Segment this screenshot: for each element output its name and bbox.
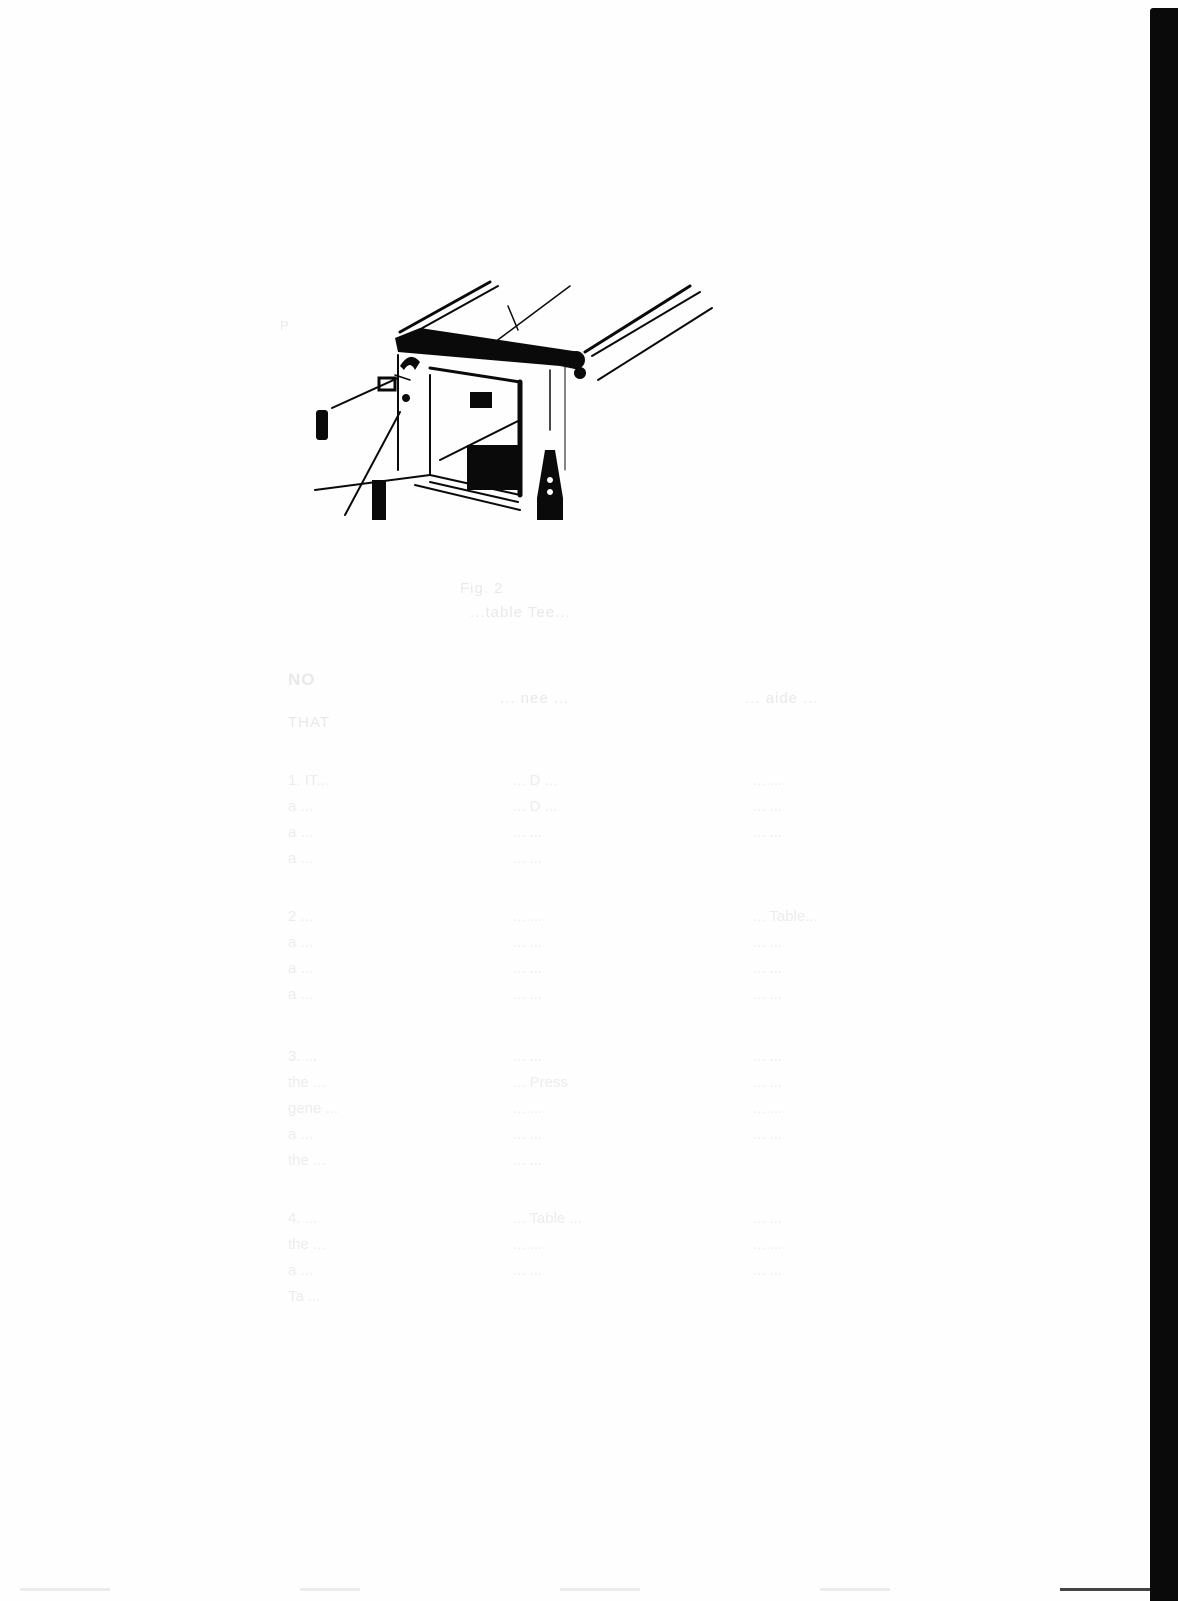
- figure-caption-number: Fig. 2: [460, 580, 504, 597]
- paragraph-2-col3: ... Table... ... ... ... ... ... ...: [753, 904, 818, 1008]
- text-line: ... ...: [753, 1070, 782, 1096]
- text-line: a ...: [288, 1122, 338, 1148]
- text-line: the ...: [288, 1070, 338, 1096]
- text-line: ... ...: [753, 820, 782, 846]
- text-line: ... D ...: [513, 794, 557, 820]
- text-line: ... ...: [513, 820, 557, 846]
- text-line: a ...: [288, 956, 313, 982]
- text-line: ... ...: [513, 1096, 568, 1122]
- paragraph-2-col1: 2 ... a ... a ... a ...: [288, 904, 313, 1008]
- note-heading: NO: [288, 670, 316, 690]
- paragraph-3-col1: 3. ... the ... gene ... a ... the ...: [288, 1044, 338, 1174]
- scan-binding-edge: [1150, 8, 1178, 1601]
- text-line: a ...: [288, 846, 329, 872]
- text-line: ... ...: [753, 1232, 782, 1258]
- note-col2: ... nee ...: [500, 690, 569, 707]
- text-line: ... ...: [513, 956, 542, 982]
- paragraph-4-col1: 4. ... the ... a ... Ta ...: [288, 1206, 326, 1310]
- paragraph-4-col2: ... Table ... ... ... ... ...: [513, 1206, 582, 1284]
- text-line: ... ...: [753, 930, 818, 956]
- text-line: Ta ...: [288, 1284, 326, 1310]
- figure-callout-label: P: [280, 318, 290, 333]
- text-line: ... ...: [513, 1122, 568, 1148]
- paragraph-1-col1: 1. IT... a ... a ... a ...: [288, 768, 329, 872]
- text-line: ... ...: [513, 846, 557, 872]
- text-line: 1. IT...: [288, 768, 329, 794]
- text-line: ... ...: [753, 956, 818, 982]
- paragraph-1-col3: ... ... ... ... ... ...: [753, 768, 782, 846]
- note-col1: THAT: [288, 714, 330, 731]
- text-line: a ...: [288, 982, 313, 1008]
- machine-table-illustration: [280, 270, 740, 520]
- text-line: a ...: [288, 794, 329, 820]
- text-line: 2 ...: [288, 904, 313, 930]
- text-line: ... ...: [513, 1044, 568, 1070]
- text-line: ... Table ...: [513, 1206, 582, 1232]
- text-line: a ...: [288, 930, 313, 956]
- text-line: ... ...: [753, 1096, 782, 1122]
- text-line: ... ...: [753, 982, 818, 1008]
- text-line: ... Press: [513, 1070, 568, 1096]
- paragraph-1-col2: ... D ... ... D ... ... ... ... ...: [513, 768, 557, 872]
- text-line: the ...: [288, 1232, 326, 1258]
- text-line: ... D ...: [513, 768, 557, 794]
- paragraph-3-col3: ... ... ... ... ... ... ... ...: [753, 1044, 782, 1148]
- text-line: 4. ...: [288, 1206, 326, 1232]
- text-line: ... ...: [513, 1148, 568, 1174]
- text-line: ... Table...: [753, 904, 818, 930]
- text-line: ... ...: [753, 1044, 782, 1070]
- scan-bottom-edge: [0, 1588, 1150, 1594]
- text-line: ... ...: [513, 930, 542, 956]
- text-line: the ...: [288, 1148, 338, 1174]
- text-line: ... ...: [513, 1232, 582, 1258]
- text-line: ... ...: [753, 1258, 782, 1284]
- paragraph-3-col2: ... ... ... Press ... ... ... ... ... ..…: [513, 1044, 568, 1174]
- text-line: ... ...: [513, 1258, 582, 1284]
- paragraph-2-col2: ... ... ... ... ... ... ... ...: [513, 904, 542, 1008]
- text-line: a ...: [288, 820, 329, 846]
- text-line: ... ...: [513, 982, 542, 1008]
- text-line: 3. ...: [288, 1044, 338, 1070]
- text-line: ... ...: [753, 768, 782, 794]
- text-line: ... ...: [753, 794, 782, 820]
- text-line: ... ...: [513, 904, 542, 930]
- paragraph-4-col3: ... ... ... ... ... ...: [753, 1206, 782, 1284]
- text-line: ... ...: [753, 1122, 782, 1148]
- figure-caption-title: ...table Tee...: [470, 604, 571, 621]
- text-line: ... ...: [753, 1206, 782, 1232]
- text-line: gene ...: [288, 1096, 338, 1122]
- note-col3: ... aide ...: [745, 690, 819, 707]
- text-line: a ...: [288, 1258, 326, 1284]
